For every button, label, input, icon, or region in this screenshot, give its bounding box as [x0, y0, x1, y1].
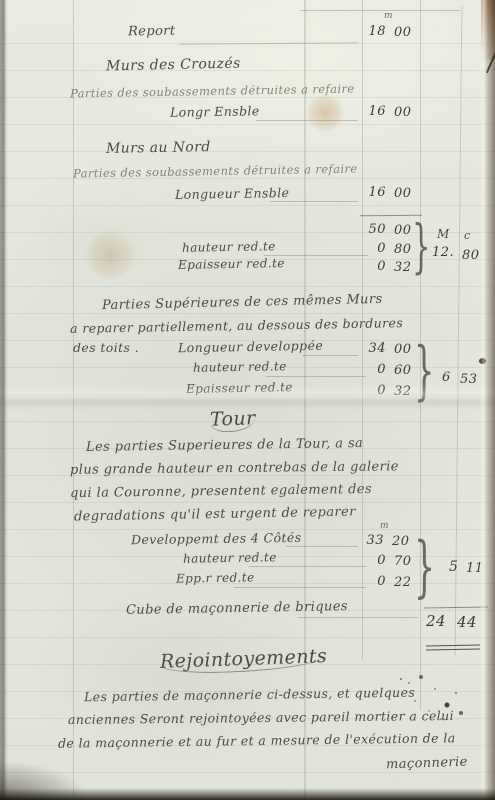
tour-para-line3: qui la Couronne, presentent egalement de… — [70, 482, 372, 501]
result-1-c: 80 — [462, 248, 480, 263]
manuscript-page: Report m 18 00 Murs des Crouzés Parties … — [0, 0, 495, 800]
rejointoyements-line2: anciennes Seront rejointoyées avec parei… — [68, 708, 454, 727]
tour-epaisseur-m: 0 — [358, 574, 386, 589]
hauteur-value-m-1: 0 — [358, 241, 386, 256]
rejointoyements-line1: Les parties de maçonnerie ci-dessus, et … — [84, 685, 415, 705]
ink-speckles — [400, 678, 402, 680]
tour-developpement-leader — [286, 546, 358, 547]
hauteur-label-2: hauteur red.te — [193, 359, 287, 375]
left-binding-shadow — [0, 0, 8, 800]
murs-nord-leader — [270, 201, 358, 202]
murs-nord-value-m: 16 — [358, 185, 386, 200]
catchword-maconnerie: maçonnerie — [386, 755, 468, 773]
hauteur-value-c-1: 80 — [394, 242, 412, 257]
tour-para-line1: Les parties Superieures de la Tour, a sa — [86, 436, 363, 455]
tour-hauteur-c: 70 — [394, 554, 412, 569]
epaisseur-value-c-1: 32 — [394, 260, 412, 275]
tour-hauteur-leader — [249, 566, 367, 567]
parties-superieures-line1: Parties Supérieures de ces mêmes Murs — [102, 292, 383, 313]
tour-epaisseur-leader — [234, 587, 366, 588]
murs-nord-note: Parties des soubassements détruites a re… — [73, 162, 358, 181]
result-2-m: 6 — [442, 370, 451, 385]
total-longueur-m: 50 — [356, 222, 386, 237]
cube-total-m: 24 — [426, 612, 446, 630]
section-heading-murs-nord: Murs au Nord — [106, 139, 211, 157]
calc-brace-1: } — [412, 212, 430, 280]
tour-hauteur-m: 0 — [358, 553, 386, 568]
report-value-c: 00 — [394, 25, 412, 40]
report-unit-mark: m — [384, 11, 393, 21]
cube-leader — [298, 617, 418, 618]
hauteur-leader-2 — [266, 376, 366, 377]
report-value-m: 18 — [358, 24, 386, 39]
murs-crouzes-value-m: 16 — [358, 104, 386, 119]
developpee-label: Longueur developpée — [178, 338, 323, 356]
tour-epaisseur-label: Epp.r red.te — [176, 570, 255, 585]
section-heading-rejointoyements: Rejointoyements — [160, 645, 328, 675]
unit-header-metres: M — [437, 227, 450, 241]
parties-superieures-line2: a reparer partiellement, au dessous des … — [70, 315, 403, 336]
top-ruled-line — [300, 10, 460, 11]
parties-superieures-line3: des toits . — [73, 340, 139, 355]
developpee-value-c: 00 — [394, 342, 412, 357]
paper-stain-left — [84, 230, 136, 280]
epaisseur-label-1: Epaisseur red.te — [178, 256, 285, 272]
tour-para-line2: plus grande hauteur en contrebas de la g… — [70, 459, 399, 477]
tour-epaisseur-c: 22 — [394, 575, 412, 590]
murs-crouzes-value-c: 00 — [394, 105, 412, 120]
result-1-m: 12. — [432, 245, 454, 260]
hauteur-value-m-2: 0 — [358, 362, 386, 377]
murs-crouzes-row-label: Longr Ensble — [170, 103, 260, 120]
cube-double-rule — [426, 645, 480, 651]
developpee-value-m: 34 — [358, 341, 386, 356]
murs-crouzes-leader — [256, 120, 358, 121]
tour-hauteur-label: hauteur red.te — [183, 550, 277, 566]
tour-para-line4: degradations qu'il est urgent de reparer — [74, 505, 356, 525]
tour-developpement-c: 20 — [392, 534, 410, 549]
section-heading-murs-crouzes: Murs des Crouzés — [106, 56, 241, 75]
murs-nord-value-c: 00 — [394, 186, 412, 201]
murs-nord-row-label: Longueur Ensble — [175, 185, 290, 202]
cube-label: Cube de maçonnerie de briques — [126, 599, 348, 618]
paper-stain-top — [306, 94, 344, 132]
tour-unit-mark: m — [380, 521, 389, 531]
tour-developpement-m: 33 — [356, 533, 384, 548]
hauteur-label-1: hauteur red.te — [182, 239, 276, 255]
bottom-page-edge-shadow — [0, 788, 495, 800]
unit-header-centimes: c — [464, 229, 471, 242]
section-heading-tour: Tour — [210, 407, 256, 433]
cube-total-c: 44 — [457, 613, 477, 631]
report-leader — [180, 42, 358, 44]
calc-brace-3: } — [414, 528, 435, 605]
developpee-leader — [302, 355, 358, 356]
tour-developpement-label: Developpemt des 4 Côtés — [131, 530, 302, 547]
hauteur-value-c-2: 60 — [394, 363, 412, 378]
murs-crouzes-note: Parties des soubassements détruites a re… — [70, 82, 355, 101]
rejointoyements-line3: de la maçonnerie et au fur et a mesure d… — [58, 730, 456, 751]
epaisseur-value-m-1: 0 — [358, 259, 386, 274]
report-label: Report — [128, 24, 176, 40]
right-page-edge-shadow — [479, 0, 495, 800]
horizontal-fold-crease — [0, 384, 495, 410]
result-3-m: 5 — [449, 559, 458, 575]
total-longueur-c: 00 — [394, 223, 412, 238]
